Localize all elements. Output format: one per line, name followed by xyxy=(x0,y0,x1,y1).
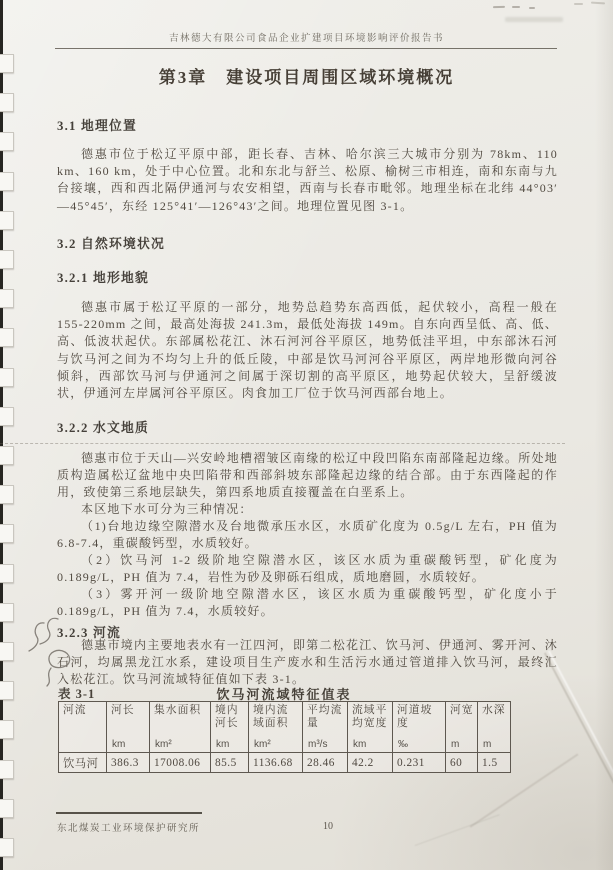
groundwater-item-3: （3）雾开河一级阶地空隙潜水区，该区水质为重碳酸钙型，矿化度小于 0.189g/… xyxy=(57,586,558,620)
binding-notch xyxy=(0,368,14,387)
paper-crease-highlight xyxy=(548,650,613,783)
col-catchment-area-name: 集水面积 xyxy=(152,704,208,717)
paragraph-3-1: 德惠市位于松辽平原中部，距长春、吉林、哈尔滨三大城市分别为 78km、110 k… xyxy=(57,146,558,215)
groundwater-item-2: （2）饮马河 1-2 级阶地空隙潜水区，该区水质为重碳酸钙型，矿化度为 0.18… xyxy=(57,552,558,586)
cell-river-name: 饮马河 xyxy=(59,753,107,773)
section-heading-3-1: 3.1 地理位置 xyxy=(57,115,137,134)
col-water-depth: 水深m xyxy=(478,702,511,753)
col-catchment-area: 集水面积km² xyxy=(150,702,211,753)
chapter-title: 第3章 建设项目周围区域环境概况 xyxy=(14,63,599,88)
cell-water-depth: 1.5 xyxy=(478,753,511,773)
table-header-row: 河流 河长km 集水面积km² 境内河长km 境内流域面积km² 平均流量m³/… xyxy=(59,702,511,753)
col-basin-within-unit: km² xyxy=(251,739,300,750)
groundwater-item-1: （1)台地边缘空隙潜水及台地微承压水区，水质矿化度为 0.5g/L 左右，PH … xyxy=(57,518,558,552)
binding-notch xyxy=(0,93,14,112)
binding-notch xyxy=(0,328,14,347)
binding-notch xyxy=(0,799,14,818)
binding-notch xyxy=(0,603,14,622)
cell-basin-within: 1136.68 xyxy=(249,753,303,773)
col-channel-slope-name: 河道坡度 xyxy=(395,704,443,729)
binding-notch xyxy=(0,407,14,426)
section-heading-3-2-1: 3.2.1 地形地貌 xyxy=(57,267,149,286)
table-data-row: 饮马河 386.3 17008.06 85.5 1136.68 28.46 42… xyxy=(59,753,511,773)
paragraph-3-2-3: 德惠市境内主要地表水有一江四河，即第二松花江、饮马河、伊通河、雾开河、沐石河，均… xyxy=(57,637,558,689)
pencil-mark xyxy=(493,6,505,8)
river-characteristics-table: 河流 河长km 集水面积km² 境内河长km 境内流域面积km² 平均流量m³/… xyxy=(58,701,511,773)
binding-notch xyxy=(0,564,14,583)
col-catchment-area-unit: km² xyxy=(152,739,208,750)
col-avg-width-unit: km xyxy=(350,739,390,750)
handwritten-squiggle-annotation xyxy=(24,616,72,688)
cell-avg-width: 42.2 xyxy=(348,753,393,773)
col-length-within-unit: km xyxy=(213,739,246,750)
paragraph-3-2-1: 德惠市属于松辽平原的一部分，地势总趋势东高西低，起伏较小，高程一般在 155-2… xyxy=(57,299,558,402)
pencil-mark xyxy=(512,6,520,8)
col-avg-flow: 平均流量m³/s xyxy=(303,702,348,753)
section-heading-3-2: 3.2 自然环境状况 xyxy=(57,233,165,252)
binding-notch xyxy=(0,289,14,308)
col-water-depth-unit: m xyxy=(480,739,508,750)
section-heading-3-2-2: 3.2.2 水文地质 xyxy=(57,417,149,436)
col-avg-flow-unit: m³/s xyxy=(305,739,345,750)
col-length-within: 境内河长km xyxy=(211,702,249,753)
binding-notch xyxy=(0,524,14,543)
col-river-width-name: 河宽 xyxy=(448,704,475,717)
footer-institute: 东北煤炭工业环境保护研究所 xyxy=(57,820,200,834)
col-river-width: 河宽m xyxy=(446,702,478,753)
spine-shadow-line xyxy=(0,0,3,870)
binding-notch xyxy=(0,681,14,700)
binding-notch xyxy=(0,54,14,73)
cell-length: 386.3 xyxy=(107,753,150,773)
col-river-width-unit: m xyxy=(448,739,475,750)
pencil-mark xyxy=(574,3,583,5)
page-number: 10 xyxy=(300,821,356,832)
col-length-unit: km xyxy=(109,739,147,750)
binding-notch xyxy=(0,642,14,661)
cell-channel-slope: 0.231 xyxy=(393,753,446,773)
cell-avg-flow: 28.46 xyxy=(303,753,348,773)
running-header: 吉林德大有限公司食品企业扩建项目环境影响评价报告书 xyxy=(14,30,599,44)
col-avg-width-name: 流域平均宽度 xyxy=(350,704,390,729)
paragraph-groundwater-intro: 本区地下水可分为三种情况： xyxy=(57,501,558,518)
col-river: 河流 xyxy=(59,702,107,753)
binding-notch xyxy=(0,446,14,465)
cell-length-within: 85.5 xyxy=(211,753,249,773)
binding-notch xyxy=(0,211,14,230)
cell-river-width: 60 xyxy=(446,753,478,773)
paper-crease xyxy=(415,814,500,846)
col-basin-within-name: 境内流域面积 xyxy=(251,704,300,729)
scanned-report-page: 吉林德大有限公司食品企业扩建项目环境影响评价报告书 第3章 建设项目周围区域环境… xyxy=(0,0,613,870)
binding-notch xyxy=(0,838,14,857)
binding-notch xyxy=(0,760,14,779)
col-avg-flow-name: 平均流量 xyxy=(305,704,345,729)
paragraph-3-2-2: 德惠市位于天山—兴安岭地槽褶皱区南缘的松辽中段凹陷东南部隆起边缘。所处地质构造属… xyxy=(57,450,558,502)
col-river-name: 河流 xyxy=(61,704,104,717)
footer-rule xyxy=(56,812,202,814)
pencil-smudge xyxy=(505,17,563,22)
col-channel-slope-unit: ‰ xyxy=(395,739,443,750)
cell-catchment-area: 17008.06 xyxy=(150,753,211,773)
binding-notch xyxy=(0,172,14,191)
header-rule xyxy=(55,48,557,49)
col-basin-within: 境内流域面积km² xyxy=(249,702,303,753)
col-length-name: 河长 xyxy=(109,704,147,717)
col-water-depth-name: 水深 xyxy=(480,704,508,717)
col-avg-width: 流域平均宽度km xyxy=(348,702,393,753)
paper-crease-line xyxy=(0,443,565,444)
binding-notch xyxy=(0,132,14,151)
binding-notch xyxy=(0,485,14,504)
pencil-mark xyxy=(529,7,535,9)
pencil-mark xyxy=(591,2,605,5)
binding-notch xyxy=(0,250,14,269)
col-length: 河长km xyxy=(107,702,150,753)
binding-notch xyxy=(0,720,14,739)
col-channel-slope: 河道坡度‰ xyxy=(393,702,446,753)
col-length-within-name: 境内河长 xyxy=(213,704,246,729)
